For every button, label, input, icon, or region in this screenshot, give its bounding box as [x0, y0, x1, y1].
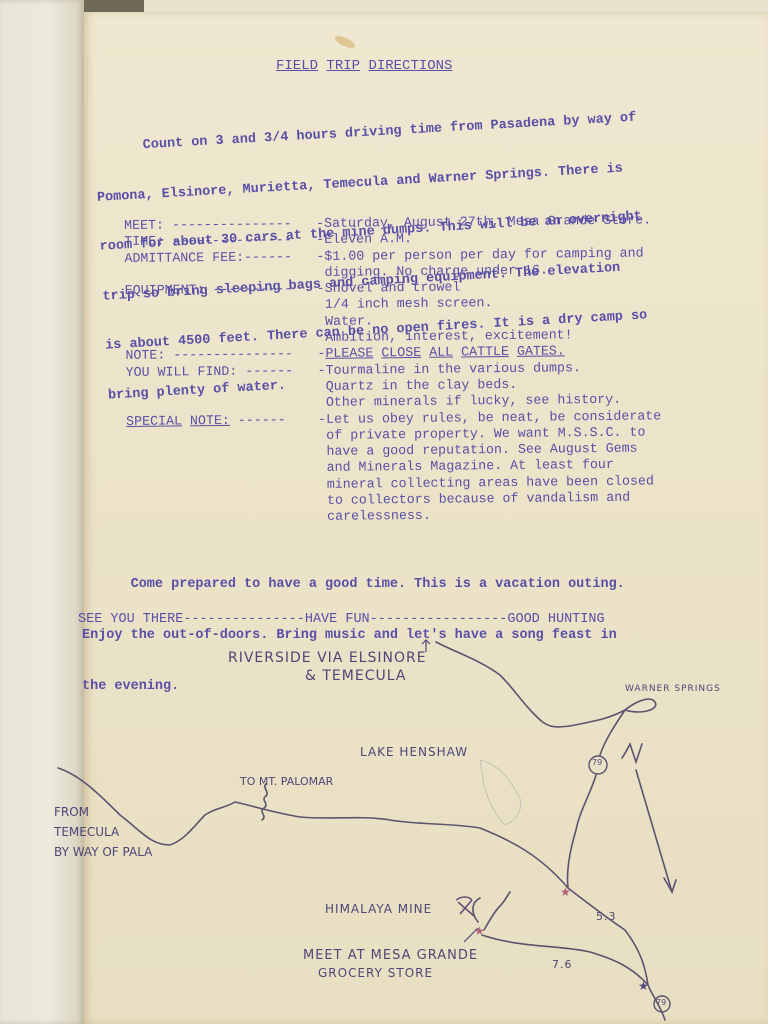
detail-value: carelessness. — [319, 508, 431, 525]
svg-text:★: ★ — [638, 979, 649, 993]
detail-value: -Shovel and trowel — [317, 280, 461, 298]
detail-label: SPECIAL NOTE: ------ — [126, 412, 318, 430]
detail-label: ADMITTANCE FEE:------ — [124, 249, 316, 267]
title-word: DIRECTIONS — [368, 58, 452, 74]
detail-label — [125, 330, 317, 348]
intro-line: Pomona, Elsinore, Murietta, Temecula and… — [97, 155, 737, 207]
detail-value: digging. No charge under 16. — [317, 262, 549, 281]
detail-value: Water. — [317, 313, 373, 330]
detail-label — [126, 444, 318, 462]
label-by-way-of-pala: BY WAY OF PALA — [54, 845, 152, 859]
detail-value: 1/4 inch mesh screen. — [317, 296, 493, 314]
detail-value: -$1.00 per person per day for camping an… — [316, 245, 643, 265]
detail-label: YOU WILL FIND: ------ — [126, 363, 318, 381]
detail-label: NOTE: --------------- — [125, 346, 317, 364]
detail-label: MEET: --------------- — [124, 216, 316, 234]
page-title: FIELD TRIP DIRECTIONS — [276, 58, 452, 74]
detail-label — [125, 265, 317, 283]
label-distance-7-6: 7.6 — [552, 958, 573, 971]
detail-label — [126, 395, 318, 413]
paper-stain — [333, 34, 356, 51]
label-lake-henshaw: LAKE HENSHAW — [360, 745, 468, 759]
hand-drawn-map: ★ ★ ★ RIVERSIDE VIA ELSINORE & TEMECULA … — [0, 630, 768, 1024]
title-word: FIELD — [276, 58, 318, 74]
detail-label — [127, 477, 319, 495]
detail-label — [127, 509, 319, 527]
detail-label — [127, 493, 319, 511]
label-warner-springs: WARNER SPRINGS — [625, 684, 721, 694]
route-79-label-north: 79 — [592, 758, 602, 767]
detail-value: -Eleven A.M. — [316, 231, 412, 248]
detail-label: TIME: --------------- — [124, 232, 316, 250]
detail-label — [125, 297, 317, 315]
title-word: TRIP — [326, 58, 360, 74]
label-from: FROM — [54, 805, 89, 819]
label-distance-5-3: 5.3 — [596, 910, 617, 923]
label-riverside: RIVERSIDE VIA ELSINORE — [228, 650, 427, 666]
detail-label — [126, 428, 318, 446]
label-grocery-store: GROCERY STORE — [318, 966, 433, 980]
detail-label — [127, 460, 319, 478]
sign-off-line: SEE YOU THERE---------------HAVE FUN----… — [78, 612, 605, 627]
svg-text:★: ★ — [560, 885, 571, 899]
detail-label — [125, 314, 317, 332]
detail-value: to collectors because of vandalism and — [319, 490, 630, 510]
detail-label: EQUIPMENT: ---------- — [125, 281, 317, 299]
closing-line: Come prepared to have a good time. This … — [82, 576, 732, 593]
details-list: MEET: ----------------Saturday, August 2… — [124, 212, 662, 527]
label-himalaya-mine: HIMALAYA MINE — [325, 902, 432, 916]
label-meet-at: MEET AT MESA GRANDE — [303, 948, 478, 963]
label-temecula: & TEMECULA — [305, 668, 406, 684]
detail-label — [126, 379, 318, 397]
route-79-label-south: 79 — [656, 998, 666, 1007]
detail-value: -Tourmaline in the various dumps. — [318, 360, 581, 379]
label-temecula-pala: TEMECULA — [54, 825, 119, 839]
intro-line: Count on 3 and 3/4 hours driving time fr… — [94, 105, 734, 157]
label-mt-palomar: TO MT. PALOMAR — [240, 775, 333, 788]
